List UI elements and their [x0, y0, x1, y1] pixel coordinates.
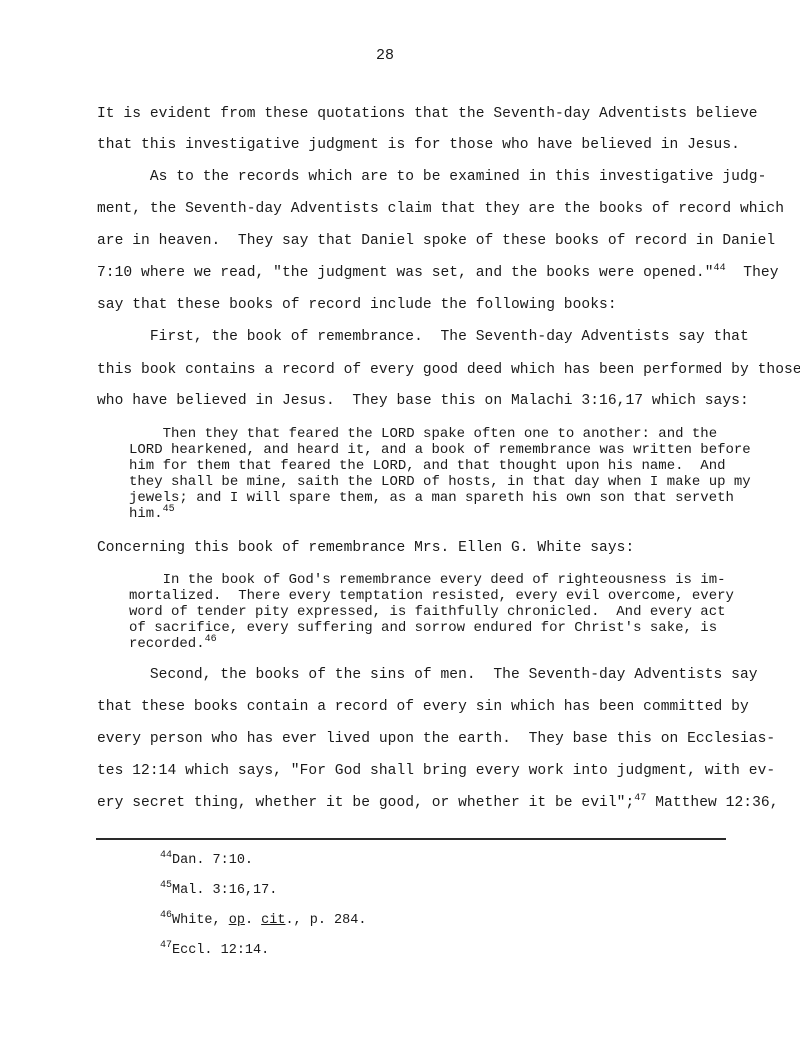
body-line: who have believed in Jesus. They base th… [97, 393, 749, 409]
footnote-number: 47 [160, 940, 172, 951]
body-text: They [726, 265, 779, 281]
body-line: Concerning this book of remembrance Mrs.… [97, 540, 634, 556]
footnote-divider [96, 838, 726, 840]
footnote-number: 45 [160, 880, 172, 891]
block-quote-line: recorded.46 [129, 636, 217, 652]
body-line: that these books contain a record of eve… [97, 699, 749, 715]
body-line: say that these books of record include t… [97, 297, 617, 313]
footnote-text: . [245, 913, 261, 928]
body-line: that this investigative judgment is for … [97, 137, 740, 153]
footnote-text: Mal. 3:16,17. [172, 883, 277, 898]
body-line: As to the records which are to be examin… [97, 169, 766, 185]
footnote-text: Dan. 7:10. [172, 853, 253, 868]
footnote-number: 44 [160, 850, 172, 861]
block-quote-line: word of tender pity expressed, is faithf… [129, 604, 726, 620]
block-quote-line: mortalized. There every temptation resis… [129, 588, 734, 604]
quote-text: him. [129, 506, 163, 522]
footnote-text: Eccl. 12:14. [172, 943, 269, 958]
footnote: 44Dan. 7:10. [160, 853, 253, 868]
block-quote-line: him for them that feared the LORD, and t… [129, 458, 726, 474]
body-line: tes 12:14 which says, "For God shall bri… [97, 763, 775, 779]
footnote-ref: 46 [205, 634, 217, 645]
footnote-text-underlined: cit [261, 913, 285, 928]
footnote-number: 46 [160, 910, 172, 921]
footnote: 47Eccl. 12:14. [160, 943, 269, 958]
quote-text: recorded. [129, 636, 205, 652]
body-line: every person who has ever lived upon the… [97, 731, 775, 747]
body-line: 7:10 where we read, "the judgment was se… [97, 265, 779, 281]
page-number: 28 [376, 47, 394, 64]
block-quote-line: In the book of God's remembrance every d… [129, 572, 726, 588]
footnote: 46White, op. cit., p. 284. [160, 913, 366, 928]
body-text: 7:10 where we read, "the judgment was se… [97, 265, 714, 281]
body-line: ery secret thing, whether it be good, or… [97, 795, 779, 811]
body-line: First, the book of remembrance. The Seve… [97, 329, 749, 345]
footnote-ref: 45 [163, 504, 175, 515]
body-line: this book contains a record of every goo… [97, 362, 800, 378]
body-line: ment, the Seventh-day Adventists claim t… [97, 201, 784, 217]
footnote-ref: 47 [634, 793, 646, 804]
block-quote-line: they shall be mine, saith the LORD of ho… [129, 474, 751, 490]
body-text: ery secret thing, whether it be good, or… [97, 795, 634, 811]
block-quote-line: Then they that feared the LORD spake oft… [129, 426, 717, 442]
footnote-text: White, [172, 913, 229, 928]
footnote-ref: 44 [714, 263, 726, 274]
block-quote-line: of sacrifice, every suffering and sorrow… [129, 620, 717, 636]
footnote-text: ., p. 284. [285, 913, 366, 928]
footnote: 45Mal. 3:16,17. [160, 883, 277, 898]
footnote-text-underlined: op [229, 913, 245, 928]
body-line: Second, the books of the sins of men. Th… [97, 667, 758, 683]
block-quote-line: LORD hearkened, and heard it, and a book… [129, 442, 751, 458]
body-text: Matthew 12:36, [646, 795, 778, 811]
body-line: It is evident from these quotations that… [97, 106, 758, 122]
body-line: are in heaven. They say that Daniel spok… [97, 233, 775, 249]
block-quote-line: him.45 [129, 506, 175, 522]
block-quote-line: jewels; and I will spare them, as a man … [129, 490, 734, 506]
